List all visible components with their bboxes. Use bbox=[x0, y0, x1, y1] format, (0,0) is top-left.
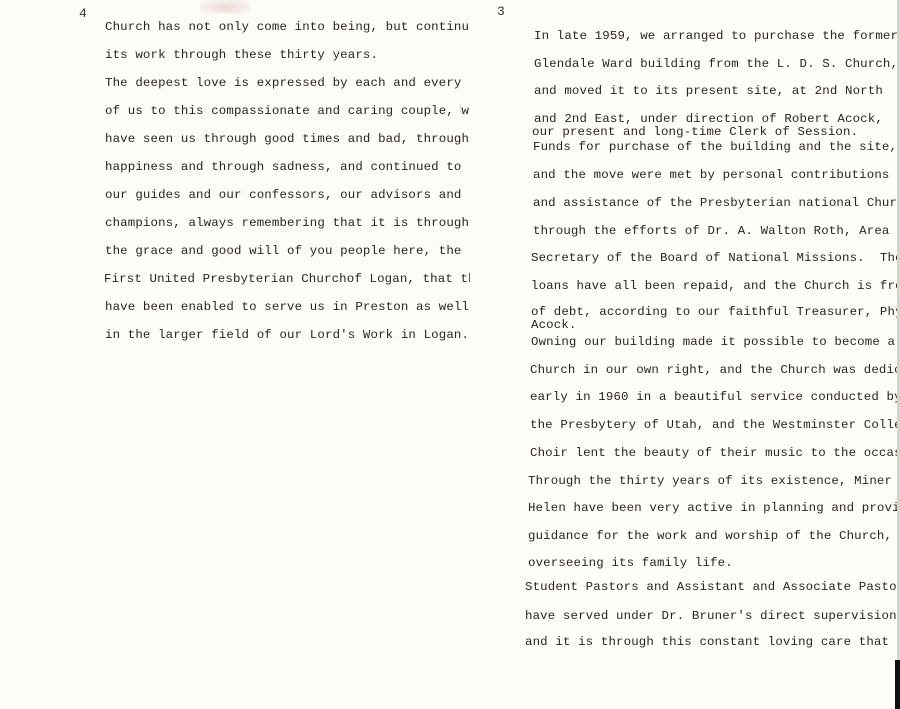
page-number-right: 3 bbox=[497, 4, 505, 19]
text-line: and 2nd East, under direction of Robert … bbox=[534, 112, 883, 126]
paper-mark: | bbox=[458, 104, 463, 114]
text-line: and the move were met by personal contri… bbox=[533, 168, 890, 182]
text-line: in the larger field of our Lord's Work i… bbox=[105, 328, 469, 342]
text-line: and moved it to its present site, at 2nd… bbox=[534, 84, 883, 98]
text-line: Church has not only come into being, but… bbox=[105, 20, 484, 34]
page-number-left: 4 bbox=[79, 6, 87, 21]
text-line: its work through these thirty years. bbox=[105, 48, 378, 62]
scan-edge-shadow bbox=[895, 660, 900, 709]
text-line: First United Presbyterian Churchof Logan… bbox=[104, 272, 491, 286]
text-line: of us to this compassionate and caring c… bbox=[105, 104, 484, 118]
text-line: our present and long-time Clerk of Sessi… bbox=[532, 125, 858, 139]
text-line: our guides and our confessors, our advis… bbox=[105, 188, 492, 202]
text-line: guidance for the work and worship of the… bbox=[528, 529, 900, 543]
text-line: Church in our own right, and the Church … bbox=[530, 363, 900, 377]
text-line: have been enabled to serve us in Preston… bbox=[105, 300, 492, 314]
text-line: Student Pastors and Assistant and Associ… bbox=[525, 580, 900, 594]
text-line: Owning our building made it possible to … bbox=[531, 335, 895, 349]
right-page: 3 In late 1959, we arranged to purchase … bbox=[470, 0, 900, 709]
text-line: champions, always remembering that it is… bbox=[105, 216, 469, 230]
text-line: loans have all been repaid, and the Chur… bbox=[531, 279, 900, 293]
text-line: Choir lent the beauty of their music to … bbox=[530, 446, 900, 460]
text-line: Through the thirty years of its existenc… bbox=[528, 474, 900, 488]
text-line: and assistance of the Presbyterian natio… bbox=[533, 196, 900, 210]
text-line: the grace and good will of you people he… bbox=[105, 244, 462, 258]
text-line: The deepest love is expressed by each an… bbox=[105, 76, 492, 90]
text-line: have seen us through good times and bad,… bbox=[105, 132, 469, 146]
text-line: overseeing its family life. bbox=[528, 556, 733, 570]
text-line: Glendale Ward building from the L. D. S.… bbox=[534, 57, 898, 71]
text-line: Secretary of the Board of National Missi… bbox=[531, 251, 900, 265]
text-line: early in 1960 in a beautiful service con… bbox=[530, 390, 900, 404]
text-line: the Presbytery of Utah, and the Westmins… bbox=[530, 418, 900, 432]
paper-stain bbox=[200, 0, 250, 14]
text-line: In late 1959, we arranged to purchase th… bbox=[534, 29, 898, 43]
text-line: Acock. bbox=[531, 318, 577, 332]
text-line: Helen have been very active in planning … bbox=[528, 501, 900, 515]
text-line: happiness and through sadness, and conti… bbox=[105, 160, 484, 174]
text-line: have served under Dr. Bruner's direct su… bbox=[525, 609, 900, 623]
left-page: 4 Church has not only come into being, b… bbox=[0, 0, 470, 709]
text-line: through the efforts of Dr. A. Walton Rot… bbox=[533, 224, 890, 238]
text-line: of debt, according to our faithful Treas… bbox=[531, 305, 900, 319]
text-line: and it is through this constant loving c… bbox=[525, 635, 900, 649]
text-line: Funds for purchase of the building and t… bbox=[533, 140, 897, 154]
